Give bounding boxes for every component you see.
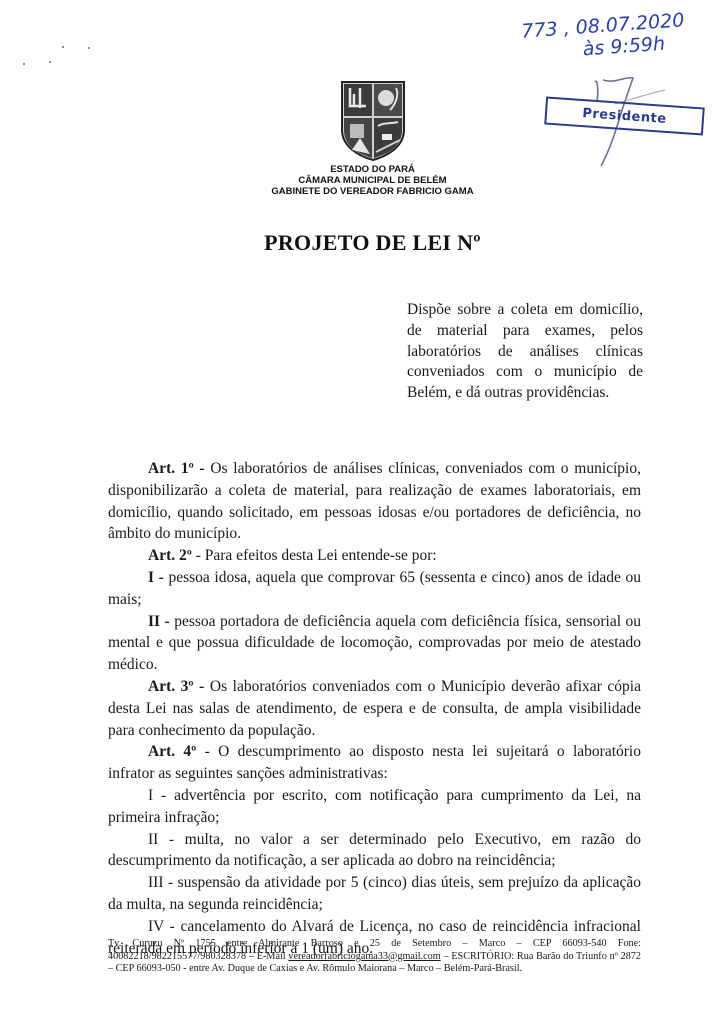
article-label: Art. 1º - bbox=[148, 460, 205, 477]
article-4-item-3: III - suspensão da atividade por 5 (cinc… bbox=[108, 872, 641, 916]
ementa: Dispõe sobre a coleta em domicílio, de m… bbox=[407, 300, 643, 404]
letterhead-state: ESTADO DO PARÁ bbox=[200, 164, 545, 175]
article-2: Art. 2º - Para efeitos desta Lei entende… bbox=[108, 545, 641, 567]
item-text: II - multa, no valor a ser determinado p… bbox=[108, 831, 641, 870]
letterhead-office: GABINETE DO VEREADOR FABRICIO GAMA bbox=[200, 186, 545, 197]
item-text: pessoa idosa, aquela que comprovar 65 (s… bbox=[108, 569, 641, 608]
footer-address: Tv. Curuzu Nº 1755 entre Almirante Barro… bbox=[108, 938, 641, 976]
item-text: pessoa portadora de deficiência aquela c… bbox=[108, 613, 641, 674]
stamp-label: Presidente bbox=[582, 106, 667, 127]
letterhead: ESTADO DO PARÁ CÂMARA MUNICIPAL DE BELÉM… bbox=[200, 164, 545, 197]
article-2-item-2: II - pessoa portadora de deficiência aqu… bbox=[108, 611, 641, 676]
footer-email-link[interactable]: vereadorfabriciogama33@gmail.com bbox=[288, 951, 440, 962]
scan-speck bbox=[88, 47, 90, 49]
coat-of-arms-icon bbox=[340, 80, 406, 162]
president-stamp: Presidente bbox=[544, 96, 705, 135]
item-label: II - bbox=[148, 613, 170, 630]
article-4-item-1: I - advertência por escrito, com notific… bbox=[108, 785, 641, 829]
item-label: I - bbox=[148, 569, 164, 586]
article-label: Art. 2º bbox=[148, 547, 192, 564]
article-2-item-1: I - pessoa idosa, aquela que comprovar 6… bbox=[108, 567, 641, 611]
article-text: - Para efeitos desta Lei entende-se por: bbox=[192, 547, 437, 564]
article-label: Art. 4º bbox=[148, 743, 196, 760]
article-4-item-2: II - multa, no valor a ser determinado p… bbox=[108, 829, 641, 873]
item-text: I - advertência por escrito, com notific… bbox=[108, 787, 641, 826]
scan-speck bbox=[23, 63, 25, 65]
scan-speck bbox=[49, 61, 51, 63]
article-4: Art. 4º - O descumprimento ao disposto n… bbox=[108, 741, 641, 785]
letterhead-chamber: CÂMARA MUNICIPAL DE BELÉM bbox=[200, 175, 545, 186]
article-3: Art. 3º - Os laboratórios conveniados co… bbox=[108, 676, 641, 741]
protocol-handwriting: 773 , 08.07.2020 às 9:59h bbox=[521, 7, 714, 64]
item-text: III - suspensão da atividade por 5 (cinc… bbox=[108, 874, 641, 913]
article-1: Art. 1º - Os laboratórios de análises cl… bbox=[108, 458, 641, 545]
document-title: PROJETO DE LEI Nº bbox=[200, 230, 545, 256]
article-label: Art. 3º - bbox=[148, 678, 204, 695]
scan-speck bbox=[62, 46, 64, 48]
document-body: Art. 1º - Os laboratórios de análises cl… bbox=[108, 458, 641, 959]
